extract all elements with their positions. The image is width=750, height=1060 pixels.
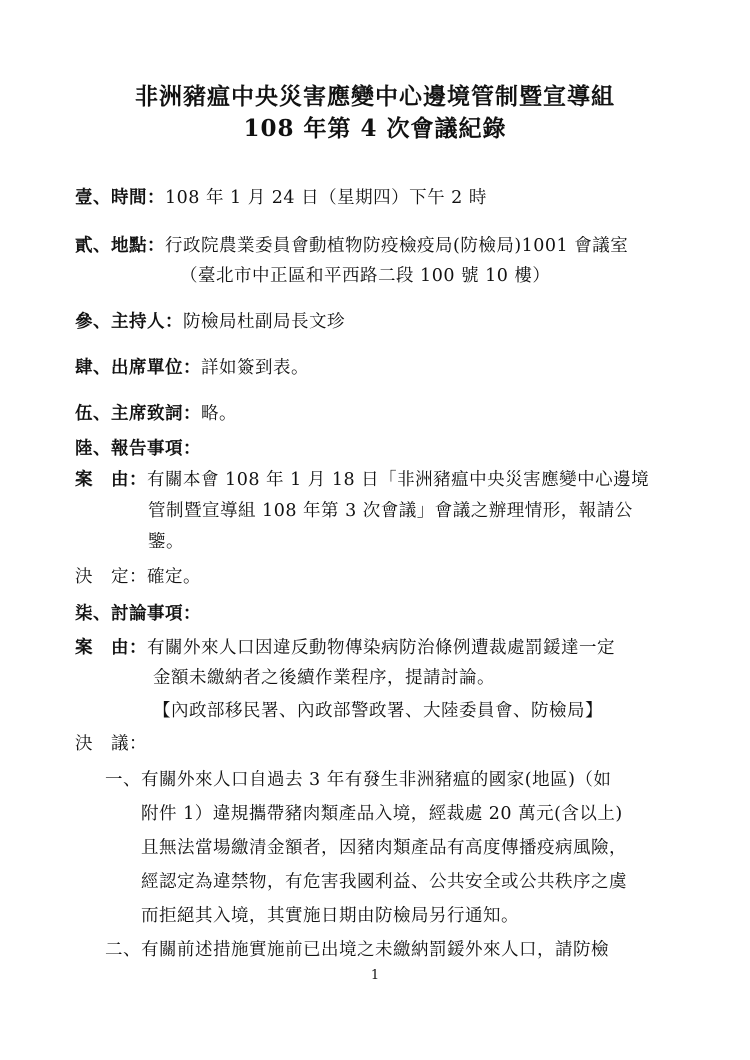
discussion-case-label: 案 由： [75, 638, 147, 658]
attendees-value: 詳如簽到表。 [201, 358, 309, 378]
discussion-case-line: 有關外來人口因違反動物傳染病防治條例遭裁處罰鍰達一定 [147, 638, 615, 658]
resolution-item-1-line: 而拒絕其入境，其實施日期由防檢局另行通知。 [141, 902, 519, 927]
report-decision-label: 決 定： [75, 567, 147, 587]
discussion-case-line: 金額未繳納者之後續作業程序，提請討論。 [153, 664, 495, 689]
page-number: 1 [0, 968, 750, 983]
place-value: 行政院農業委員會動植物防疫檢疫局(防檢局)1001 會議室 [165, 236, 628, 256]
document-title: 非洲豬瘟中央災害應變中心邊境管制暨宣導組 [0, 78, 750, 111]
report-heading: 陸、報告事項： [75, 435, 201, 460]
host-row: 參、主持人：防檢局杜副局長文珍 [75, 308, 345, 333]
report-case-line: 鑒。 [148, 528, 184, 553]
speech-row: 伍、主席致詞：略。 [75, 400, 237, 425]
attendees-row: 肆、出席單位：詳如簽到表。 [75, 354, 309, 379]
resolution-item-2-line: 二、有關前述措施實施前已出境之未繳納罰鍰外來人口，請防檢 [105, 936, 609, 961]
time-label: 壹、時間： [75, 188, 165, 208]
host-label: 參、主持人： [75, 312, 183, 332]
resolution-item-1-line: 經認定為違禁物，有危害我國利益、公共安全或公共秩序之虞 [141, 868, 627, 893]
attendees-label: 肆、出席單位： [75, 358, 201, 378]
time-row: 壹、時間：108 年 1 月 24 日（星期四）下午 2 時 [75, 184, 487, 209]
report-case-line: 有關本會 108 年 1 月 18 日「非洲豬瘟中央災害應變中心邊境 [147, 470, 649, 490]
discussion-heading: 柒、討論事項： [75, 600, 201, 625]
resolution-item-1-line: 且無法當場繳清金額者，因豬肉類產品有高度傳播疫病風險， [141, 834, 627, 859]
report-case-label: 案 由： [75, 470, 147, 490]
place-row: 貳、地點：行政院農業委員會動植物防疫檢疫局(防檢局)1001 會議室 [75, 232, 628, 257]
place-label: 貳、地點： [75, 236, 165, 256]
document-subtitle: 108 年第 4 次會議紀錄 [0, 110, 750, 143]
resolution-item-1-line: 附件 1）違規攜帶豬肉類產品入境，經裁處 20 萬元(含以上) [141, 800, 623, 825]
speech-label: 伍、主席致詞： [75, 404, 201, 424]
resolution-item-1-line: 一、有關外來人口自過去 3 年有發生非洲豬瘟的國家(地區)（如 [105, 766, 611, 791]
speech-value: 略。 [201, 404, 237, 424]
host-value: 防檢局杜副局長文珍 [183, 312, 345, 332]
report-decision-value: 確定。 [147, 567, 201, 587]
resolution-label: 決 議： [75, 730, 147, 755]
place-address: （臺北市中正區和平西路二段 100 號 10 樓） [180, 262, 550, 287]
report-case-line: 管制暨宣導組 108 年第 3 次會議」會議之辦理情形，報請公 [148, 497, 633, 522]
time-value: 108 年 1 月 24 日（星期四）下午 2 時 [165, 188, 487, 208]
report-decision-row: 決 定：確定。 [75, 563, 201, 588]
discussion-agencies: 【內政部移民署、內政部警政署、大陸委員會、防檢局】 [153, 697, 603, 722]
report-case-row: 案 由：有關本會 108 年 1 月 18 日「非洲豬瘟中央災害應變中心邊境 [75, 466, 649, 491]
discussion-case-row: 案 由：有關外來人口因違反動物傳染病防治條例遭裁處罰鍰達一定 [75, 634, 615, 659]
